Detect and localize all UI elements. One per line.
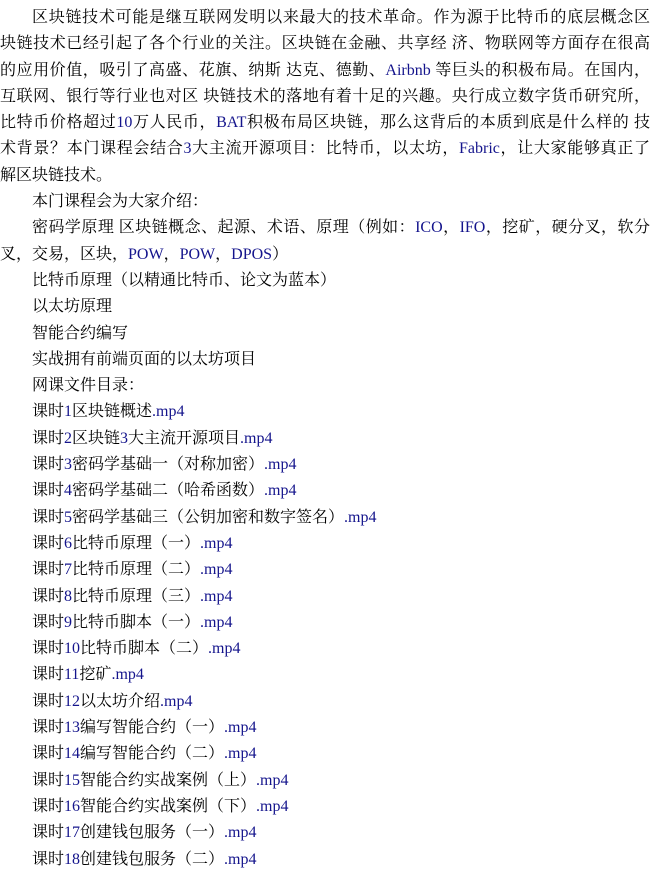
text-line: 课时18创建钱包服务（二）.mp4 [0, 847, 650, 873]
latin-text: .mp4 [256, 798, 288, 815]
text-line: 网课文件目录： [0, 373, 650, 399]
latin-text: 10 [116, 114, 132, 131]
text-line: 课时4密码学基础二（哈希函数）.mp4 [0, 478, 650, 504]
latin-text: .mp4 [240, 430, 272, 447]
text-line: 课时1区块链概述.mp4 [0, 399, 650, 425]
latin-text: .mp4 [200, 588, 232, 605]
latin-text: 6 [64, 535, 72, 552]
latin-text: 18 [64, 851, 80, 868]
latin-text: POW [180, 246, 216, 263]
latin-text: .mp4 [224, 851, 256, 868]
text-line: 课时15智能合约实战案例（上）.mp4 [0, 768, 650, 794]
latin-text: .mp4 [200, 561, 232, 578]
text-line: 块链技术已经引起了各个行业的关注。区块链在金融、共享经 济、物联网等方面存在很高 [0, 31, 650, 57]
latin-text: 13 [64, 719, 80, 736]
latin-text: .mp4 [200, 535, 232, 552]
text-line: 课时5密码学基础三（公钥加密和数字签名）.mp4 [0, 505, 650, 531]
text-line: 本门课程会为大家介绍： [0, 189, 650, 215]
latin-text: .mp4 [344, 509, 376, 526]
latin-text: 7 [64, 561, 72, 578]
text-line: 比特币价格超过10万人民币，BAT积极布局区块链，那么这背后的本质到底是什么样的… [0, 110, 650, 136]
text-line: 课时11挖矿.mp4 [0, 662, 650, 688]
text-line: 密码学原理 区块链概念、起源、术语、原理（例如：ICO，IFO，挖矿，硬分叉，软… [0, 215, 650, 241]
text-line: 课时2区块链3大主流开源项目.mp4 [0, 426, 650, 452]
text-line: 智能合约编写 [0, 321, 650, 347]
text-line: 课时6比特币原理（一）.mp4 [0, 531, 650, 557]
latin-text: 16 [64, 798, 80, 815]
text-line: 的应用价值，吸引了高盛、花旗、纳斯 达克、德勤、Airbnb 等巨头的积极布局。… [0, 58, 650, 84]
text-line: 课时14编写智能合约（二）.mp4 [0, 741, 650, 767]
latin-text: 15 [64, 772, 80, 789]
text-line: 课时9比特币脚本（一）.mp4 [0, 610, 650, 636]
text-line: 互联网、银行等行业也对区 块链技术的落地有着十足的兴趣。央行成立数字货币研究所， [0, 84, 650, 110]
text-line: 以太坊原理 [0, 294, 650, 320]
text-line: 课时13编写智能合约（一）.mp4 [0, 715, 650, 741]
text-line: 课时17创建钱包服务（一）.mp4 [0, 820, 650, 846]
latin-text: .mp4 [152, 403, 184, 420]
latin-text: 3 [183, 140, 191, 157]
latin-text: Fabric [459, 140, 500, 157]
latin-text: POW [128, 246, 164, 263]
latin-text: 4 [64, 482, 72, 499]
latin-text: .mp4 [111, 666, 143, 683]
latin-text: .mp4 [264, 482, 296, 499]
latin-text: .mp4 [256, 772, 288, 789]
latin-text: .mp4 [224, 824, 256, 841]
text-line: 课时8比特币原理（三）.mp4 [0, 584, 650, 610]
text-line: 解区块链技术。 [0, 163, 650, 189]
latin-text: .mp4 [224, 745, 256, 762]
text-line: 课时12以太坊介绍.mp4 [0, 689, 650, 715]
latin-text: Airbnb [385, 62, 430, 79]
text-line: 叉，交易，区块，POW，POW，DPOS） [0, 242, 650, 268]
text-line: 课时3密码学基础一（对称加密）.mp4 [0, 452, 650, 478]
text-line: 区块链技术可能是继互联网发明以来最大的技术革命。作为源于比特币的底层概念区 [0, 5, 650, 31]
latin-text: 3 [120, 430, 128, 447]
text-line: 课时7比特币原理（二）.mp4 [0, 557, 650, 583]
document-page: 区块链技术可能是继互联网发明以来最大的技术革命。作为源于比特币的底层概念区块链技… [0, 0, 650, 874]
latin-text: 14 [64, 745, 80, 762]
latin-text: ICO [415, 219, 443, 236]
text-line: 术背景？本门课程会结合3大主流开源项目：比特币，以太坊，Fabric，让大家能够… [0, 136, 650, 162]
latin-text: .mp4 [160, 693, 192, 710]
text-line: 课时16智能合约实战案例（下）.mp4 [0, 794, 650, 820]
latin-text: BAT [216, 114, 246, 131]
text-line: 实战拥有前端页面的以太坊项目 [0, 347, 650, 373]
latin-text: 2 [64, 430, 72, 447]
document-body: 区块链技术可能是继互联网发明以来最大的技术革命。作为源于比特币的底层概念区块链技… [0, 5, 650, 873]
latin-text: 12 [64, 693, 80, 710]
latin-text: .mp4 [264, 456, 296, 473]
latin-text: 1 [64, 403, 72, 420]
latin-text: .mp4 [208, 640, 240, 657]
latin-text: .mp4 [200, 614, 232, 631]
latin-text: 8 [64, 588, 72, 605]
latin-text: DPOS [231, 246, 272, 263]
latin-text: 3 [64, 456, 72, 473]
latin-text: IFO [460, 219, 486, 236]
latin-text: 9 [64, 614, 72, 631]
text-line: 课时10比特币脚本（二）.mp4 [0, 636, 650, 662]
latin-text: 5 [64, 509, 72, 526]
latin-text: 11 [64, 666, 79, 683]
text-line: 比特币原理（以精通比特币、论文为蓝本） [0, 268, 650, 294]
latin-text: .mp4 [224, 719, 256, 736]
latin-text: 10 [64, 640, 80, 657]
latin-text: 17 [64, 824, 80, 841]
